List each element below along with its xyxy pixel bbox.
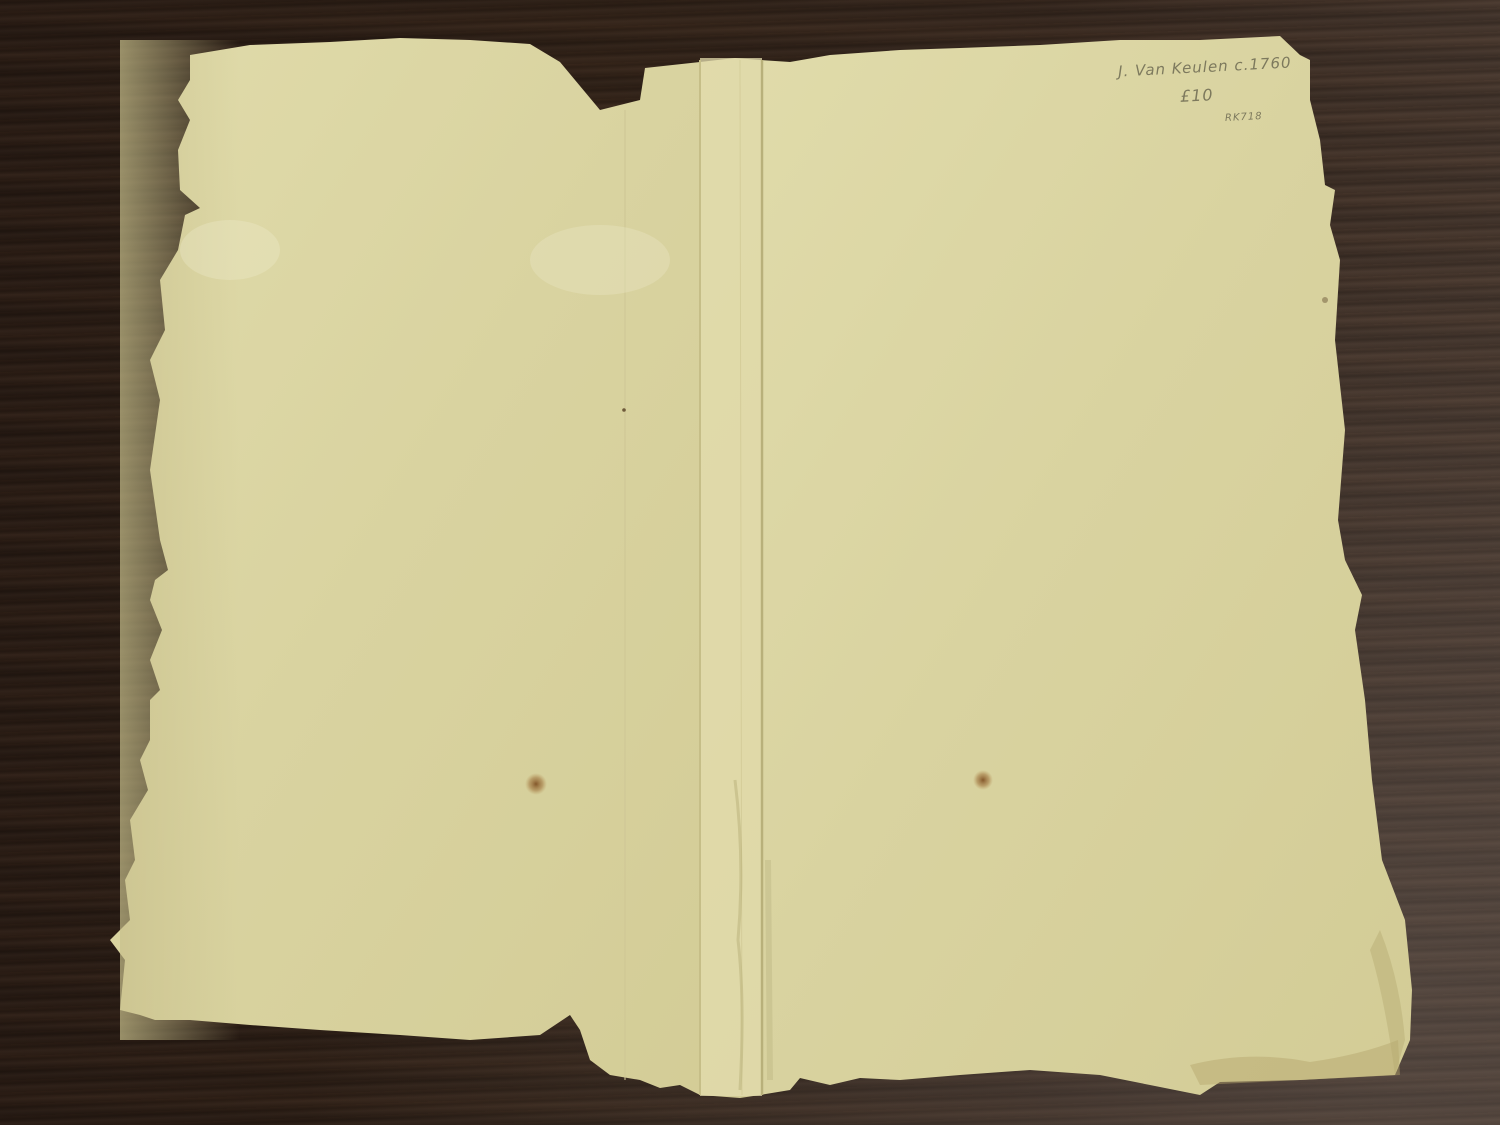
paper-sheet: [0, 0, 1500, 1125]
fold-strip: [700, 58, 762, 1096]
paper-right-half: [760, 36, 1412, 1095]
foxing-spot-left: [525, 773, 547, 795]
pencil-note-reference: RK718: [1225, 111, 1263, 124]
pencil-note-price: £10: [1180, 85, 1214, 106]
foxing-spot-right: [973, 770, 993, 790]
